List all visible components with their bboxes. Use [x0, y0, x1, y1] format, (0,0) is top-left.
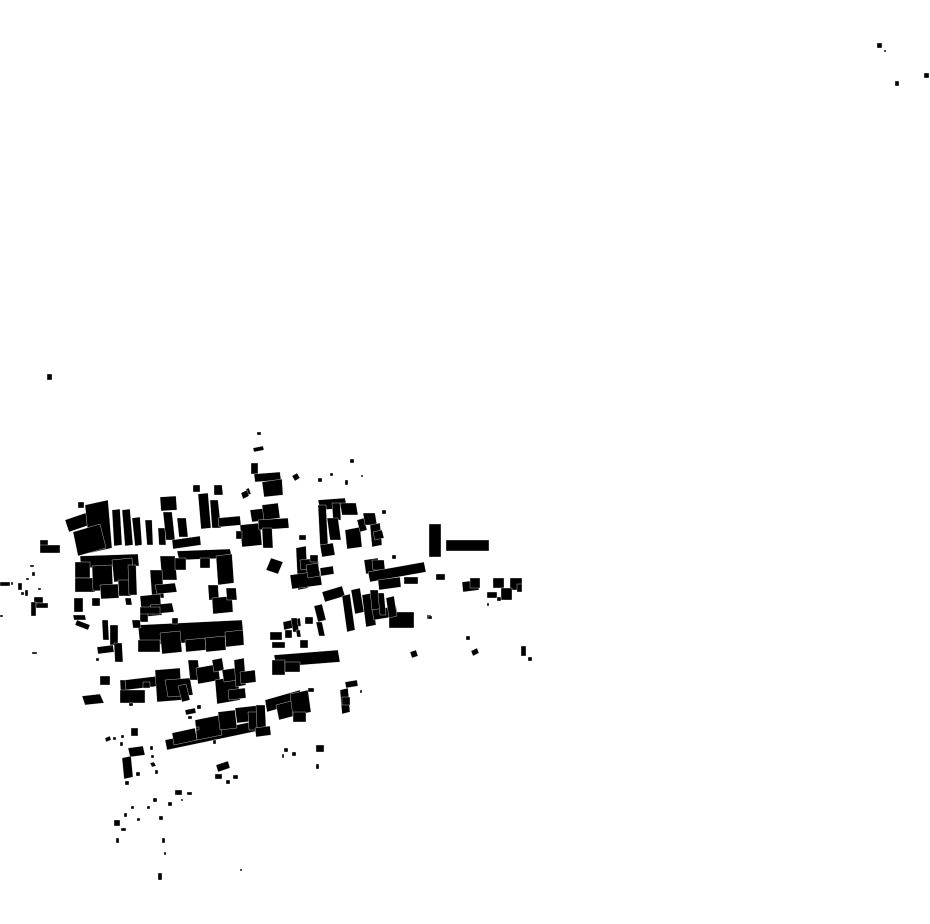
building-footprint: [121, 828, 126, 831]
building-footprint: [884, 50, 886, 52]
building-footprint: [120, 690, 145, 703]
building-footprint: [240, 869, 242, 871]
building-footprint: [316, 745, 324, 752]
building-footprint: [213, 740, 216, 744]
building-footprint: [122, 756, 133, 779]
building-footprint: [293, 712, 306, 722]
building-footprint: [361, 475, 363, 477]
building-footprint: [75, 578, 95, 592]
building-footprint: [162, 838, 165, 843]
building-footprint: [360, 690, 362, 693]
building-footprint: [330, 473, 333, 476]
building-footprint: [0, 582, 10, 586]
building-footprint: [164, 852, 166, 855]
building-footprint: [32, 572, 35, 576]
building-footprint: [131, 806, 134, 809]
building-footprint: [114, 820, 120, 826]
building-footprint: [172, 618, 178, 624]
building-footprint: [113, 737, 116, 740]
building-footprint: [877, 43, 882, 48]
building-footprint: [120, 742, 123, 746]
building-footprint: [25, 590, 28, 596]
building-footprint: [306, 563, 320, 578]
building-footprint: [296, 630, 301, 637]
building-footprint: [228, 688, 246, 700]
building-footprint: [285, 630, 292, 638]
building-footprint: [129, 703, 133, 706]
building-footprint: [131, 728, 138, 736]
building-footprint: [262, 479, 283, 497]
building-footprint: [47, 374, 52, 380]
building-footprint: [138, 640, 160, 652]
building-footprint: [132, 620, 141, 628]
building-footprint: [216, 554, 234, 585]
building-footprint: [73, 615, 86, 620]
building-footprint: [218, 516, 241, 527]
building-footprint: [310, 555, 318, 562]
building-footprint: [200, 558, 210, 568]
building-footprint: [429, 524, 441, 557]
building-footprint: [82, 694, 104, 705]
building-footprint: [128, 746, 145, 757]
building-footprint: [895, 81, 899, 86]
building-footprint: [497, 597, 501, 601]
building-footprint: [342, 697, 350, 705]
building-footprint: [185, 638, 206, 652]
building-footprint: [299, 535, 306, 540]
building-footprint: [143, 682, 150, 688]
building-footprint: [300, 640, 308, 648]
building-footprint: [262, 503, 280, 520]
building-footprint: [100, 676, 110, 685]
building-footprint: [0, 615, 3, 617]
building-footprint: [392, 555, 396, 559]
building-footprint: [181, 799, 183, 801]
building-footprint: [236, 531, 242, 539]
building-footprint: [188, 716, 192, 719]
building-footprint: [114, 643, 123, 662]
building-footprint: [150, 746, 153, 750]
building-footprint: [284, 748, 288, 752]
building-footprint: [528, 657, 532, 661]
building-footprint: [18, 583, 22, 590]
building-footprint: [372, 560, 385, 570]
building-footprint: [125, 598, 132, 605]
building-footprint: [175, 790, 182, 795]
building-footprint: [226, 588, 237, 600]
building-footprint: [11, 582, 13, 585]
building-footprint: [428, 616, 432, 619]
building-footprint: [350, 459, 354, 463]
building-footprint: [382, 510, 386, 514]
building-footprint: [501, 588, 512, 600]
building-footprint: [175, 558, 186, 570]
building-footprint: [340, 503, 358, 515]
building-footprint: [100, 584, 119, 599]
building-footprint: [226, 780, 230, 784]
building-footprint: [31, 602, 36, 616]
building-footprint: [257, 432, 261, 435]
building-footprint: [128, 565, 137, 595]
building-footprint: [924, 73, 929, 78]
building-footprint: [159, 816, 163, 820]
building-footprint: [446, 540, 489, 551]
building-footprint: [102, 620, 109, 640]
building-footprint: [487, 592, 497, 598]
building-footprint: [373, 530, 384, 540]
building-footprint: [521, 646, 526, 656]
building-footprint: [292, 752, 296, 756]
building-footprint: [256, 705, 266, 728]
building-footprint: [251, 463, 258, 474]
building-footprint: [272, 642, 285, 648]
building-footprint: [233, 775, 238, 779]
building-footprint: [305, 617, 313, 624]
figure-ground-map: [0, 0, 930, 924]
building-footprint: [320, 543, 335, 557]
building-footprint: [404, 577, 418, 584]
building-footprint: [272, 660, 285, 675]
building-footprint: [196, 727, 199, 730]
building-footprint: [136, 772, 140, 776]
building-footprint: [255, 726, 271, 737]
building-footprint: [96, 658, 99, 661]
building-footprint: [124, 813, 127, 817]
building-footprint: [177, 518, 188, 537]
building-footprint: [116, 838, 119, 843]
building-footprint: [147, 806, 150, 809]
building-footprint: [270, 632, 282, 640]
building-footprint: [214, 485, 223, 495]
building-footprint: [240, 670, 256, 684]
building-footprint: [308, 688, 314, 692]
ground: [0, 0, 930, 924]
building-footprint: [282, 754, 284, 758]
building-footprint: [155, 770, 158, 774]
building-footprint: [32, 652, 37, 654]
building-footprint: [363, 513, 377, 525]
building-footprint: [158, 873, 162, 880]
building-footprint: [36, 603, 48, 608]
building-footprint: [470, 578, 480, 588]
building-footprint: [40, 545, 60, 553]
building-footprint: [205, 636, 226, 652]
building-footprint: [151, 755, 154, 758]
building-footprint: [332, 503, 341, 520]
building-footprint: [218, 710, 237, 730]
building-footprint: [168, 802, 172, 806]
building-footprint: [466, 636, 470, 640]
building-footprint: [21, 592, 24, 595]
building-footprint: [140, 607, 160, 614]
building-footprint: [160, 631, 182, 654]
building-footprint: [493, 578, 504, 588]
building-footprint: [38, 588, 41, 590]
building-footprint: [187, 792, 192, 795]
building-footprint: [345, 480, 348, 485]
building-footprint: [320, 566, 334, 576]
building-footprint: [318, 478, 322, 482]
building-footprint: [153, 798, 157, 802]
building-footprint: [262, 528, 273, 548]
building-footprint: [197, 705, 201, 709]
building-footprint: [92, 598, 100, 606]
building-footprint: [75, 562, 90, 578]
building-footprint: [125, 781, 129, 785]
building-footprint: [26, 578, 29, 580]
building-footprint: [30, 565, 34, 567]
building-footprint: [155, 583, 177, 594]
building-footprint: [436, 574, 445, 580]
building-footprint: [316, 764, 319, 769]
building-footprint: [110, 625, 118, 645]
building-footprint: [137, 818, 140, 821]
building-footprint: [78, 502, 84, 508]
building-footprints-layer: [0, 0, 930, 924]
building-footprint: [121, 735, 124, 738]
building-footprint: [285, 662, 300, 672]
building-footprint: [487, 603, 489, 606]
building-footprint: [517, 584, 522, 592]
building-footprint: [215, 774, 222, 779]
building-footprint: [160, 496, 177, 511]
building-footprint: [225, 630, 244, 647]
building-footprint: [74, 598, 83, 612]
building-footprint: [158, 528, 166, 545]
building-footprint: [193, 485, 200, 492]
